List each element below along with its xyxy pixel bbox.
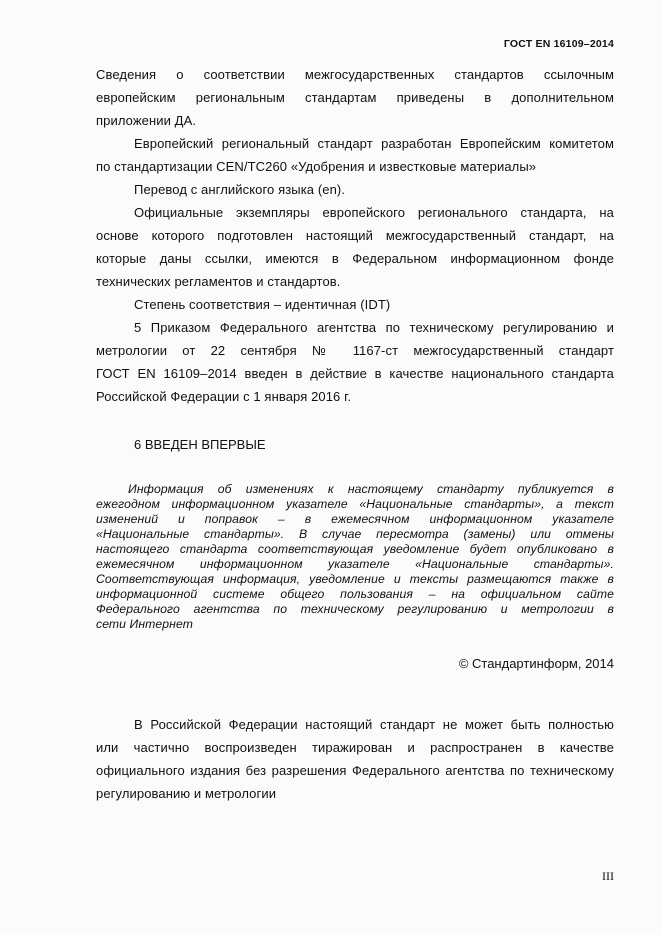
copyright-notice: © Стандартинформ, 2014 (459, 656, 614, 671)
notice-line: настоящего стандарта соответствующая уве… (96, 542, 614, 556)
document-id-header: ГОСТ EN 16109–2014 (504, 38, 614, 50)
page-number: III (602, 869, 614, 884)
text-line: регулированию и метрологии (96, 786, 614, 801)
notice-line: «Национальные стандарты». В случае перес… (96, 527, 614, 541)
text-line: В Российской Федерации настоящий стандар… (134, 717, 614, 732)
text-line: Перевод с английского языка (en). (134, 182, 614, 197)
text-line: Сведения о соответствии межгосударственн… (96, 67, 614, 82)
notice-line: информационной системе общего пользовани… (96, 587, 614, 601)
text-line: официального издания без разрешения Феде… (96, 763, 614, 778)
notice-line: изменений и поправок – в ежемесячном инф… (96, 512, 614, 526)
text-line: основе которого подготовлен настоящий ме… (96, 228, 614, 243)
notice-line: Федерального агентства по техническому р… (96, 602, 614, 616)
text-line: Российской Федерации с 1 января 2016 г. (96, 389, 614, 404)
notice-line: ежегодном информационном указателе «Наци… (96, 497, 614, 511)
notice-line: ежемесячном информационном указателе «На… (96, 557, 614, 571)
text-line: или частично воспроизведен тиражирован и… (96, 740, 614, 755)
text-line: ГОСТ EN 16109–2014 введен в действие в к… (96, 366, 614, 381)
text-line: Официальные экземпляры европейского реги… (134, 205, 614, 220)
text-line: которые даны ссылки, имеются в Федеральн… (96, 251, 614, 266)
document-page: ГОСТ EN 16109–2014 Сведения о соответств… (0, 0, 661, 935)
text-line: европейским региональным стандартам прив… (96, 90, 614, 105)
section-heading: 6 ВВЕДЕН ВПЕРВЫЕ (134, 437, 266, 452)
text-line: технических регламентов и стандартов. (96, 274, 614, 289)
text-line: 5 Приказом Федерального агентства по тех… (134, 320, 614, 335)
text-line: приложении ДА. (96, 113, 614, 128)
notice-line: Информация об изменениях к настоящему ст… (128, 482, 614, 496)
notice-line: сети Интернет (96, 617, 614, 631)
text-line: Европейский региональный стандарт разраб… (134, 136, 614, 151)
notice-line: Соответствующая информация, уведомление … (96, 572, 614, 586)
text-line: метрологии от 22 сентября № 1167-ст межг… (96, 343, 614, 358)
text-line: по стандартизации CEN/TC260 «Удобрения и… (96, 159, 614, 174)
text-line: Степень соответствия – идентичная (IDT) (134, 297, 614, 312)
